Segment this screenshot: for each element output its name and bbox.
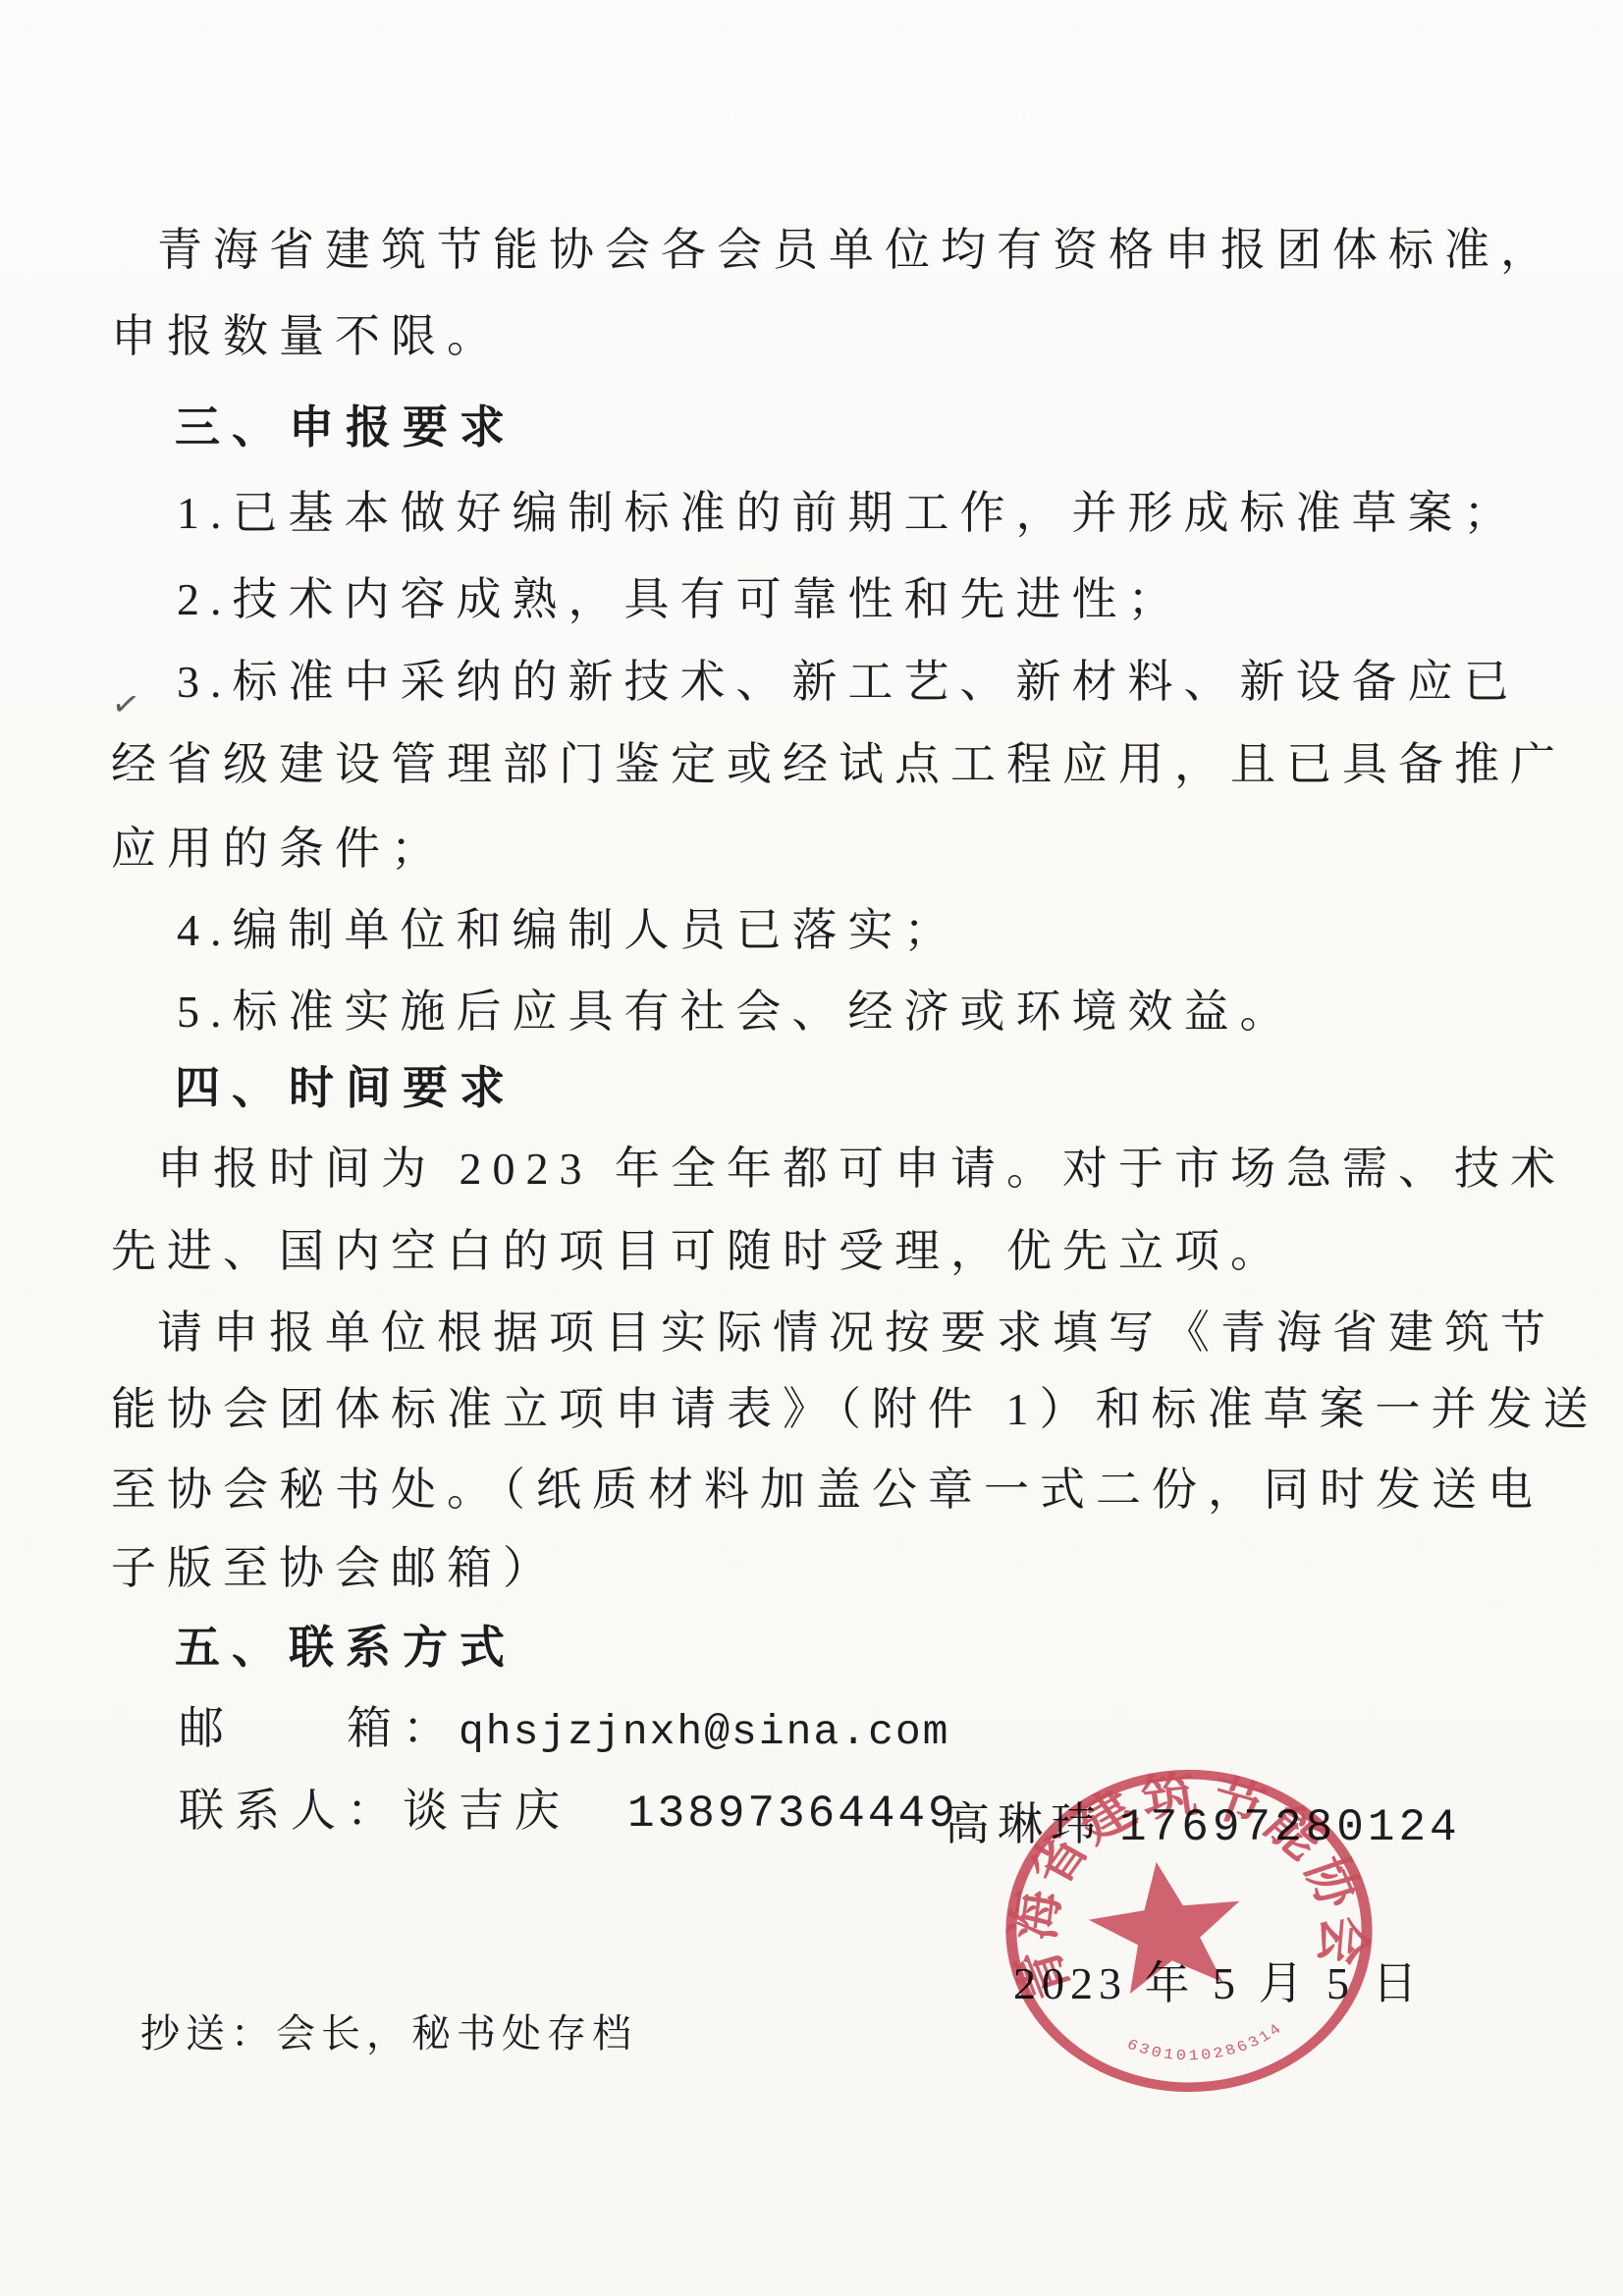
seal-serial-number: 6301010286314 [1122,2017,1291,2073]
paragraph-line: 申报数量不限。 [111,314,503,359]
list-item-3-line-1: 3.标准中采纳的新技术、新工艺、新材料、新设备应已 [177,660,1520,705]
contact-person-label: 联系人：谈吉庆 [179,1789,570,1834]
list-item-3-line-2: 经省级建设管理部门鉴定或经试点工程应用，且已具备推广 [111,742,1566,787]
section-heading-3: 三、申报要求 [175,404,516,450]
contact-person-phone: 13897364449 [627,1791,958,1837]
contact-person-line: 联系人：谈吉庆 13897364449 [179,1789,958,1837]
list-item-5: 5.标准实施后应具有社会、经济或环境效益。 [177,989,1296,1035]
section-heading-5: 五、联系方式 [175,1625,516,1670]
contact-person2-line: 高琳玮 17697280124 [945,1802,1461,1850]
paragraph-line: 至协会秘书处。（纸质材料加盖公章一式二份，同时发送电 [111,1468,1543,1513]
scanned-notice-page: { "colors": { "paper": "#fbf9f6", "ink":… [0,0,1623,2296]
cc-line: 抄送：会长，秘书处存档 [140,2014,637,2054]
svg-text:6301010286314: 6301010286314 [1122,2017,1291,2073]
date-line: 2023 年 5 月 5 日 [1013,1961,1424,2006]
list-item-4: 4.编制单位和编制人员已落实； [177,908,960,953]
paragraph-line: 子版至协会邮箱） [111,1546,559,1591]
email-value: qhsjzjnxh@sina.com [459,1711,949,1753]
paragraph-line: 能协会团体标准立项申请表》（附件 1）和标准草案一并发送 [111,1387,1599,1432]
handwritten-check-mark: ✓ [109,683,143,726]
email-label: 邮 箱： [179,1706,459,1751]
paragraph-line: 先进、国内空白的项目可随时受理，优先立项。 [111,1229,1286,1274]
list-item-1: 1.已基本做好编制标准的前期工作，并形成标准草案； [177,491,1520,536]
paragraph-line: 青海省建筑节能协会各会员单位均有资格申报团体标准， [157,228,1556,273]
contact-person2-name: 高琳玮 [945,1802,1104,1847]
list-item-3-line-3: 应用的条件； [111,827,447,872]
email-line: 邮 箱： qhsjzjnxh@sina.com [179,1706,949,1753]
section-heading-4: 四、时间要求 [175,1065,516,1110]
contact-person2-phone: 17697280124 [1119,1805,1461,1850]
paragraph-line: 请申报单位根据项目实际情况按要求填写《青海省建筑节 [157,1310,1556,1356]
list-item-2: 2.技术内容成熟，具有可靠性和先进性； [177,577,1184,622]
paragraph-line: 申报时间为 2023 年全年都可申请。对于市场急需、技术 [157,1147,1566,1192]
